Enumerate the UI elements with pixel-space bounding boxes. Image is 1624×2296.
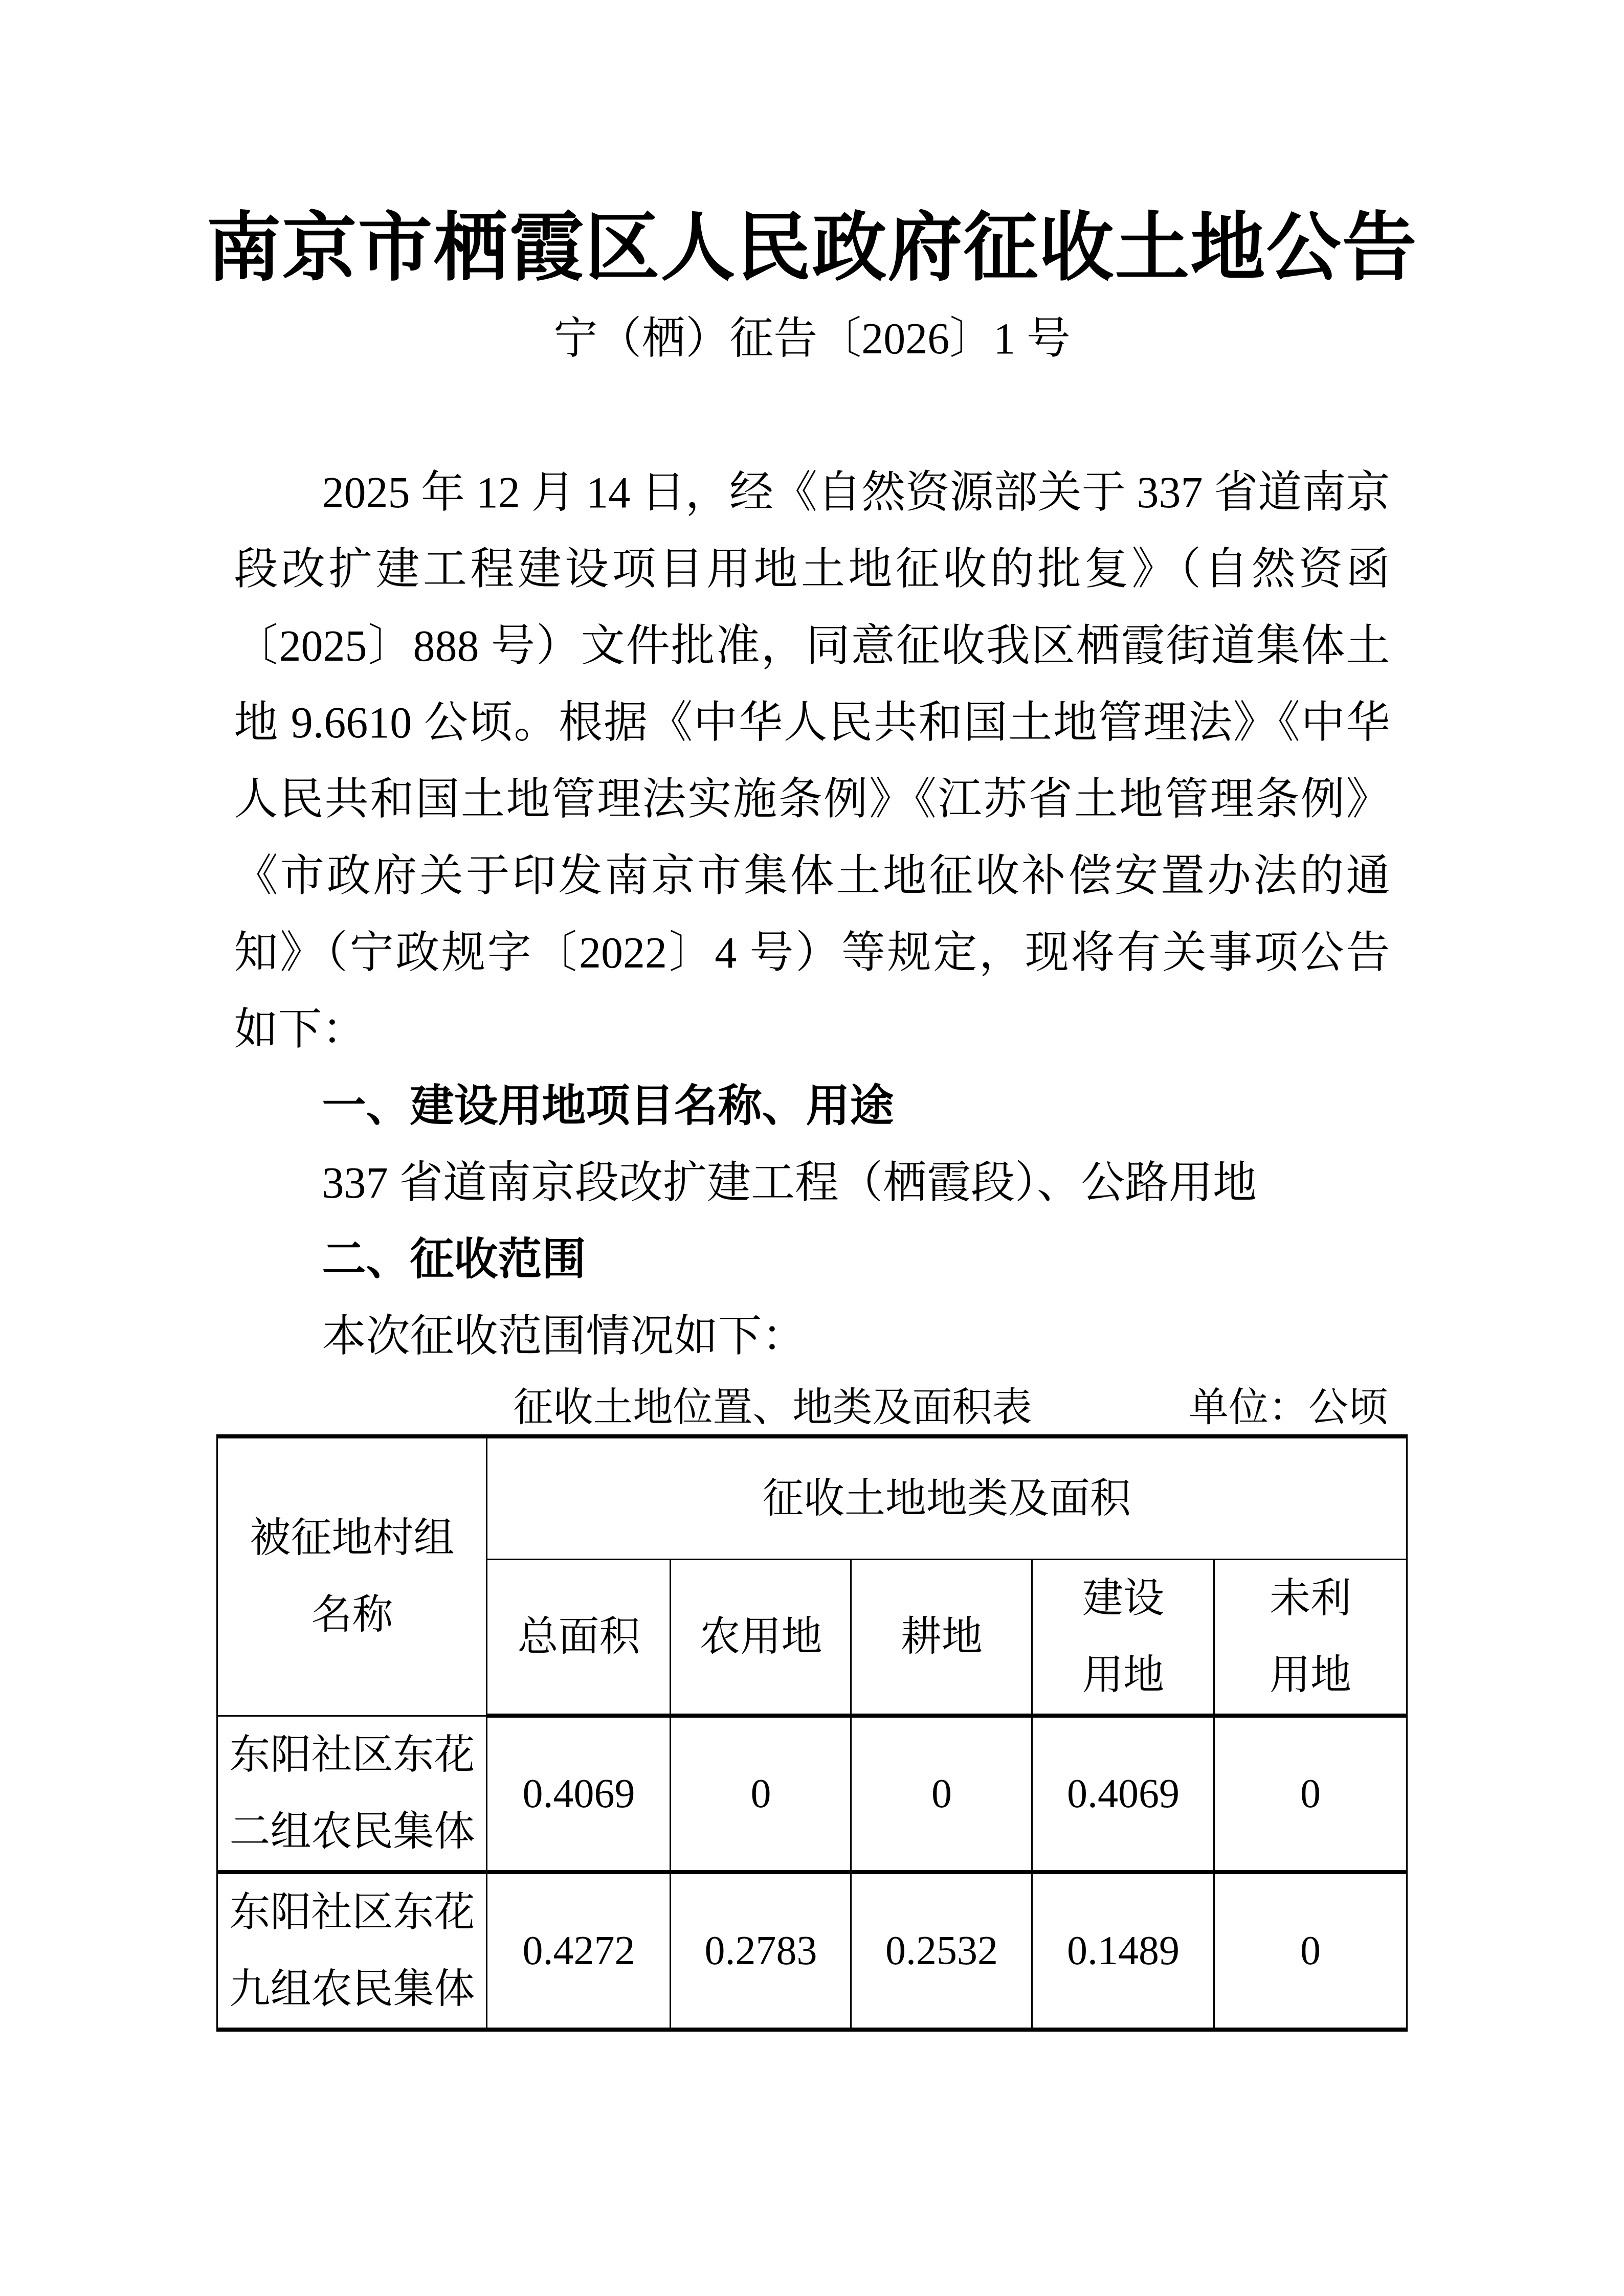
table-header-cultivated-land: 耕地 [851, 1560, 1032, 1716]
table-cell-construction: 0.1489 [1032, 1872, 1214, 2030]
table-cell-agricultural: 0.2783 [671, 1872, 851, 2030]
section-heading-scope: 二、征收范围 [234, 1221, 1390, 1298]
table-header-village-group: 被征地村组 名称 [217, 1436, 487, 1716]
table-header-row-1: 被征地村组 名称 征收土地地类及面积 [217, 1436, 1407, 1560]
table-cell-cultivated: 0 [851, 1716, 1032, 1872]
land-area-table: 被征地村组 名称 征收土地地类及面积 总面积 农用地 耕地 建设 用地 未利 用… [216, 1434, 1407, 2032]
table-header-agricultural-land: 农用地 [671, 1560, 851, 1716]
table-row-group9: 东阳社区东花 九组农民集体 0.4272 0.2783 0.2532 0.148… [217, 1872, 1407, 2030]
table-unit-label: 单位：公顷 [1189, 1381, 1388, 1434]
paragraph-line-6: 《市政府关于印发南京市集体土地征收补偿安置办法的通 [234, 838, 1390, 914]
document-page: 南京市栖霞区人民政府征收土地公告 宁（栖）征告〔2026〕1 号 2025 年 … [0, 0, 1624, 2296]
table-header-total-area: 总面积 [487, 1560, 671, 1716]
table-cell-agricultural: 0 [671, 1716, 851, 1872]
table-cell-village-name: 东阳社区东花 二组农民集体 [217, 1716, 487, 1872]
paragraph-line-5: 人民共和国土地管理法实施条例》《江苏省土地管理条例》 [234, 761, 1390, 838]
document-number: 宁（栖）征告〔2026〕1 号 [0, 308, 1624, 369]
table-cell-unused: 0 [1214, 1716, 1407, 1872]
table-cell-construction: 0.4069 [1032, 1716, 1214, 1872]
project-name-line: 337 省道南京段改扩建工程（栖霞段）、公路用地 [234, 1144, 1390, 1221]
paragraph-line-4: 地 9.6610 公顷。根据《中华人民共和国土地管理法》《中华 [234, 684, 1390, 761]
paragraph-line-2: 段改扩建工程建设项目用地土地征收的批复》（自然资函 [234, 531, 1390, 607]
table-header-landclass-group: 征收土地地类及面积 [487, 1436, 1407, 1560]
table-caption-row: 征收土地位置、地类及面积表 单位：公顷 [217, 1381, 1407, 1434]
paragraph-line-3: 〔2025〕888 号）文件批准，同意征收我区栖霞街道集体土 [234, 607, 1390, 684]
table-cell-village-name: 东阳社区东花 九组农民集体 [217, 1872, 487, 2030]
document-body: 2025 年 12 月 14 日，经《自然资源部关于 337 省道南京 段改扩建… [234, 454, 1390, 1375]
section-heading-project: 一、建设用地项目名称、用途 [234, 1068, 1390, 1144]
document-title: 南京市栖霞区人民政府征收土地公告 [0, 0, 1624, 297]
table-row-group2: 东阳社区东花 二组农民集体 0.4069 0 0 0.4069 0 [217, 1716, 1407, 1872]
table-cell-unused: 0 [1214, 1872, 1407, 2030]
paragraph-line-7: 知》（宁政规字〔2022〕4 号）等规定，现将有关事项公告 [234, 914, 1390, 991]
table-cell-cultivated: 0.2532 [851, 1872, 1032, 2030]
table-cell-total-area: 0.4069 [487, 1716, 671, 1872]
table-caption: 征收土地位置、地类及面积表 [513, 1385, 1032, 1430]
table-cell-total-area: 0.4272 [487, 1872, 671, 2030]
table-header-unused-land: 未利 用地 [1214, 1560, 1407, 1716]
paragraph-line-8: 如下： [234, 991, 1390, 1068]
scope-intro-line: 本次征收范围情况如下： [234, 1298, 1390, 1375]
table-header-construction-land: 建设 用地 [1032, 1560, 1214, 1716]
paragraph-line-1: 2025 年 12 月 14 日，经《自然资源部关于 337 省道南京 [234, 454, 1390, 531]
